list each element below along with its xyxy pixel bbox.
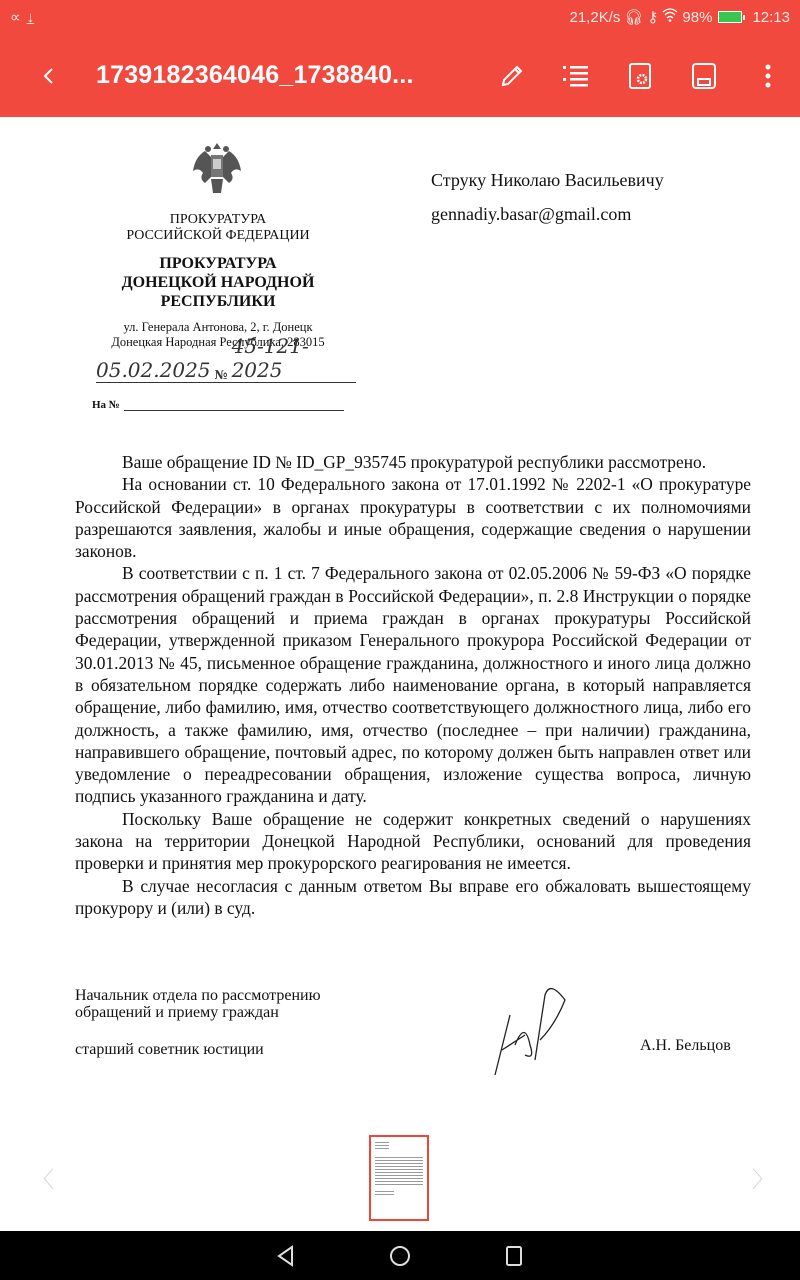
wifi-icon bbox=[662, 8, 678, 26]
floppy-disk-icon bbox=[691, 62, 717, 90]
paragraph: В соответствии с п. 1 ст. 7 Федерального… bbox=[75, 562, 751, 807]
vpn-key-icon: ⚷ bbox=[647, 8, 658, 26]
pencil-icon bbox=[498, 62, 526, 90]
outline-button[interactable] bbox=[544, 46, 608, 106]
more-vert-icon bbox=[764, 64, 772, 88]
org-name-regional: ПРОКУРАТУРА ДОНЕЦКОЙ НАРОДНОЙ РЕСПУБЛИКИ bbox=[84, 254, 352, 311]
headphones-icon: 🎧︎ bbox=[624, 8, 643, 26]
battery-percent: 98% bbox=[682, 9, 712, 26]
letter-body: Ваше обращение ID № ID_GP_935745 прокура… bbox=[75, 451, 751, 919]
letter-date: 05.02.2025 bbox=[96, 358, 211, 382]
next-page-arrow-icon[interactable]: 〉 bbox=[752, 1163, 774, 1194]
signer-block: Начальник отдела по рассмотрению обращен… bbox=[75, 987, 321, 1058]
recipient-email: gennadiy.basar@gmail.com bbox=[431, 197, 664, 231]
number-sign: № bbox=[215, 368, 228, 382]
chevron-left-icon bbox=[41, 66, 55, 86]
org-name-federal: ПРОКУРАТУРА РОССИЙСКОЙ ФЕДЕРАЦИИ bbox=[84, 212, 352, 244]
page-settings-button[interactable] bbox=[608, 46, 672, 106]
document-title: 1739182364046_1738840... bbox=[96, 61, 426, 90]
signer-name: А.Н. Бельцов bbox=[640, 1037, 731, 1055]
net-speed: 21,2K/s bbox=[570, 9, 621, 26]
reference-line: На № bbox=[92, 399, 344, 411]
paragraph: На основании ст. 10 Федерального закона … bbox=[75, 473, 751, 562]
page-thumbnail-1[interactable] bbox=[369, 1135, 429, 1221]
page-thumbnail-strip: 〈 〉 bbox=[0, 1123, 800, 1231]
link-icon: ∝ bbox=[10, 8, 21, 26]
paragraph: Поскольку Ваше обращение не содержит кон… bbox=[75, 808, 751, 875]
more-options-button[interactable] bbox=[736, 46, 800, 106]
reference-blank bbox=[124, 399, 344, 411]
registration-number: 45-121-2025 bbox=[232, 334, 356, 382]
document-gear-icon bbox=[628, 62, 652, 90]
system-nav-bar bbox=[0, 1231, 800, 1280]
outgoing-date-number: 05.02.2025 № 45-121-2025 bbox=[96, 357, 356, 383]
recipient-name: Струку Николаю Васильевичу bbox=[431, 163, 664, 197]
nav-home-button[interactable] bbox=[388, 1244, 412, 1268]
document-page[interactable]: ПРОКУРАТУРА РОССИЙСКОЙ ФЕДЕРАЦИИ ПРОКУРА… bbox=[0, 117, 800, 1123]
back-button[interactable] bbox=[0, 34, 96, 117]
nav-back-button[interactable] bbox=[274, 1244, 298, 1268]
coat-of-arms-icon bbox=[185, 137, 249, 201]
paragraph: В случае несогласия с данным ответом Вы … bbox=[75, 875, 751, 920]
handwritten-signature bbox=[490, 975, 590, 1085]
app-toolbar: 1739182364046_1738840... bbox=[0, 34, 800, 117]
paragraph: Ваше обращение ID № ID_GP_935745 прокура… bbox=[75, 451, 751, 473]
clock: 12:13 bbox=[752, 9, 790, 26]
list-icon bbox=[562, 64, 590, 88]
status-bar: ∝ ↓ 21,2K/s 🎧︎ ⚷ 98% 12:13 bbox=[0, 0, 800, 34]
download-icon: ↓ bbox=[27, 9, 35, 26]
nav-recents-button[interactable] bbox=[502, 1244, 526, 1268]
recipient-block: Струку Николаю Васильевичу gennadiy.basa… bbox=[431, 163, 664, 231]
save-button[interactable] bbox=[672, 46, 736, 106]
prev-page-arrow-icon[interactable]: 〈 bbox=[32, 1163, 54, 1194]
edit-button[interactable] bbox=[480, 46, 544, 106]
battery-icon bbox=[718, 11, 742, 23]
